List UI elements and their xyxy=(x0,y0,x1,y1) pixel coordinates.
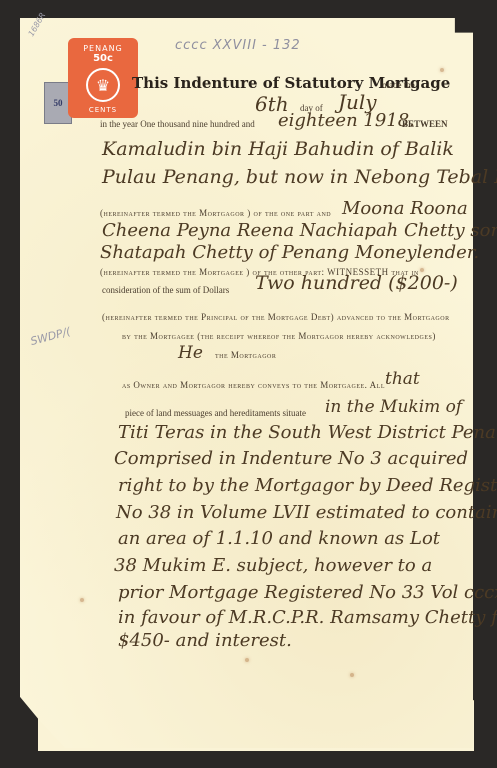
stamp-top-text: PENANG xyxy=(68,44,138,53)
land-line: Titi Teras in the South West District Pe… xyxy=(118,422,497,443)
land-line: right to by the Mortgagor by Deed Regist… xyxy=(118,475,497,496)
by-mortgagee-line: by the Mortgagee (the receipt whereof th… xyxy=(122,331,436,341)
land-line: $450- and interest. xyxy=(118,630,292,651)
amount: Two hundred ($200-) xyxy=(255,272,458,294)
piece-line: piece of land messuages and hereditament… xyxy=(125,408,306,418)
hereinafter-mortgagor: (hereinafter termed the Mortgagor ) of t… xyxy=(100,208,331,218)
between: BETWEEN xyxy=(402,119,448,129)
land-line: 38 Mukim E. subject, however to a xyxy=(114,555,432,576)
consideration: consideration of the sum of Dollars xyxy=(102,285,229,295)
piece-hand: in the Mukim of xyxy=(325,397,462,417)
land-line: in favour of M.R.C.P.R. Ramsamy Chetty f… xyxy=(118,607,497,628)
the-mortgagor: the Mortgagor xyxy=(215,350,276,360)
made-the: made the xyxy=(382,80,415,90)
foxing-spot xyxy=(245,658,249,662)
land-line: Comprised in Indenture No 3 acquired xyxy=(114,448,468,469)
that-word: that xyxy=(385,369,420,389)
foxing-spot xyxy=(80,598,84,602)
mortgagee-line-1: Cheena Peyna Reena Nachiapah Chetty son … xyxy=(102,220,497,241)
penang-stamp: PENANG 50c ♛ CENTS xyxy=(68,38,138,118)
foxing-spot xyxy=(350,673,354,677)
mortgagor-line-1: Kamaludin bin Haji Bahudin of Balik xyxy=(102,138,454,160)
stamp-value: 50c xyxy=(68,53,138,64)
year-prefix: in the year One thousand nine hundred an… xyxy=(100,119,255,129)
mortgagee-line-0: Moona Roona xyxy=(342,198,468,219)
land-line: prior Mortgage Registered No 33 Vol cccx… xyxy=(118,582,497,603)
revenue-stamp-value: 50 xyxy=(54,98,63,108)
owner-line: as Owner and Mortgagor hereby conveys to… xyxy=(122,380,385,390)
land-line: an area of 1.1.10 and known as Lot xyxy=(118,528,440,549)
mortgagor-line-2: Pulau Penang, but now in Nebong Tebal P.… xyxy=(102,166,497,188)
reference-number: cccc XXVIII - 132 xyxy=(175,38,301,53)
mortgagee-line-2: Shatapah Chetty of Penang Moneylender. xyxy=(100,242,479,263)
land-line: No 38 in Volume LVII estimated to contai… xyxy=(116,502,497,523)
stamp-bottom-text: CENTS xyxy=(68,106,138,114)
crown-icon: ♛ xyxy=(86,68,120,102)
foxing-spot xyxy=(440,68,444,72)
year-value: eighteen 1918. xyxy=(278,110,415,131)
pronoun: He xyxy=(178,343,203,363)
principal-line: (hereinafter termed the Principal of the… xyxy=(102,312,450,322)
